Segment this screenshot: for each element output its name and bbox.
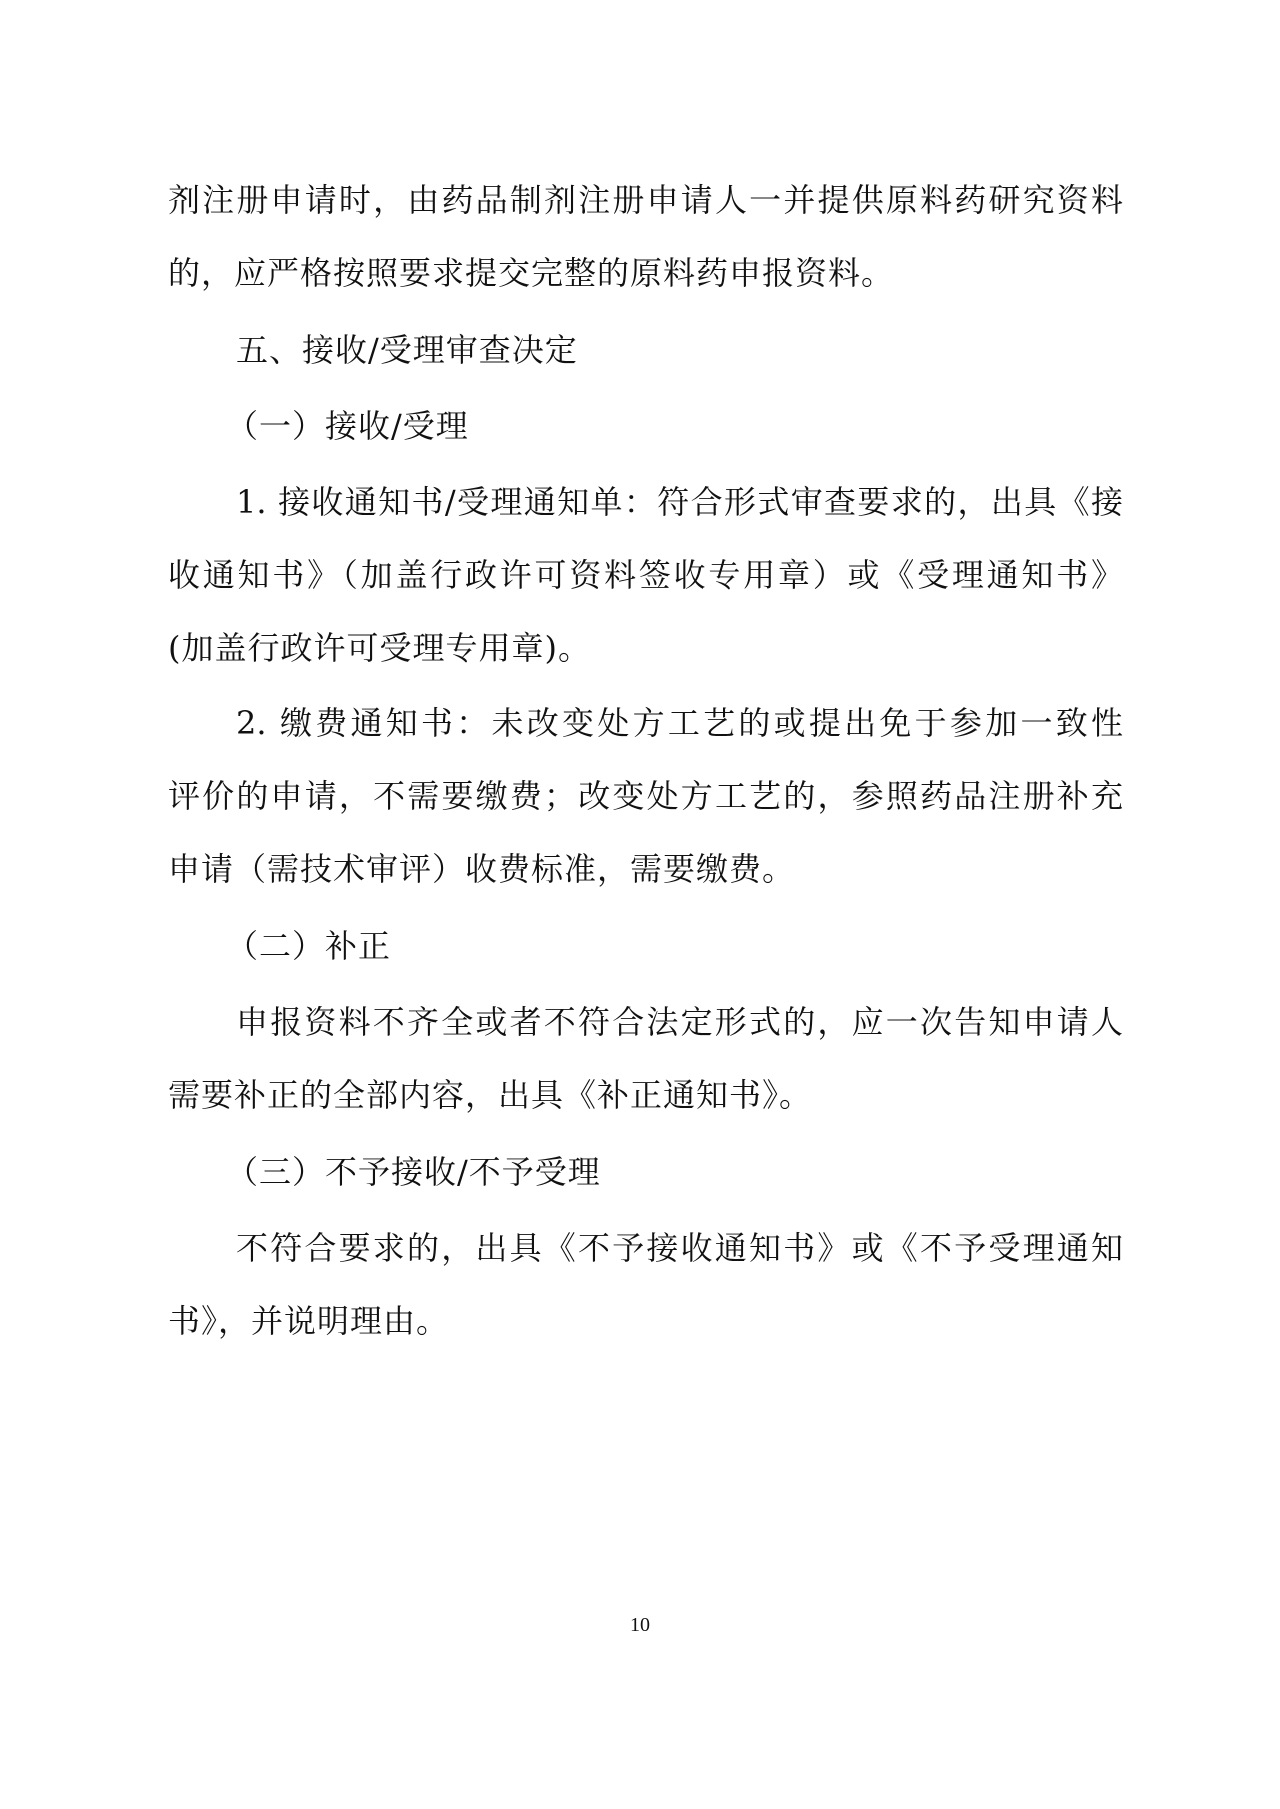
paragraph-line: 的，应严格按照要求提交完整的原料药申报资料。: [168, 253, 894, 293]
numbered-paragraph-line: 2. 缴费通知书：未改变处方工艺的或提出免于参加一致性: [236, 703, 1123, 743]
page-number: 10: [0, 1612, 1280, 1638]
document-page: 剂注册申请时，由药品制剂注册申请人一并提供原料药研究资料 的，应严格按照要求提交…: [0, 0, 1280, 1809]
subsection-heading: （二）补正: [226, 926, 391, 966]
subsection-heading: （一）接收/受理: [226, 406, 469, 446]
numbered-paragraph-line: 收通知书》（加盖行政许可资料签收专用章）或《受理通知书》: [168, 555, 1123, 595]
numbered-paragraph-line: 1. 接收通知书/受理通知单：符合形式审查要求的，出具《接: [236, 482, 1123, 522]
paragraph-line: 需要补正的全部内容，出具《补正通知书》。: [168, 1075, 812, 1115]
paragraph-line: 剂注册申请时，由药品制剂注册申请人一并提供原料药研究资料: [168, 180, 1123, 220]
paragraph-line: 不符合要求的，出具《不予接收通知书》或《不予受理通知: [236, 1228, 1123, 1268]
numbered-paragraph-line: 评价的申请，不需要缴费；改变处方工艺的，参照药品注册补充: [168, 776, 1123, 816]
subsection-heading: （三）不予接收/不予受理: [226, 1152, 601, 1192]
numbered-paragraph-line: 申请（需技术审评）收费标准，需要缴费。: [168, 849, 795, 889]
numbered-paragraph-line: (加盖行政许可受理专用章)。: [168, 628, 591, 668]
paragraph-line: 申报资料不齐全或者不符合法定形式的，应一次告知申请人: [236, 1002, 1123, 1042]
section-heading: 五、接收/受理审查决定: [236, 330, 578, 370]
paragraph-line: 书》，并说明理由。: [168, 1301, 449, 1341]
